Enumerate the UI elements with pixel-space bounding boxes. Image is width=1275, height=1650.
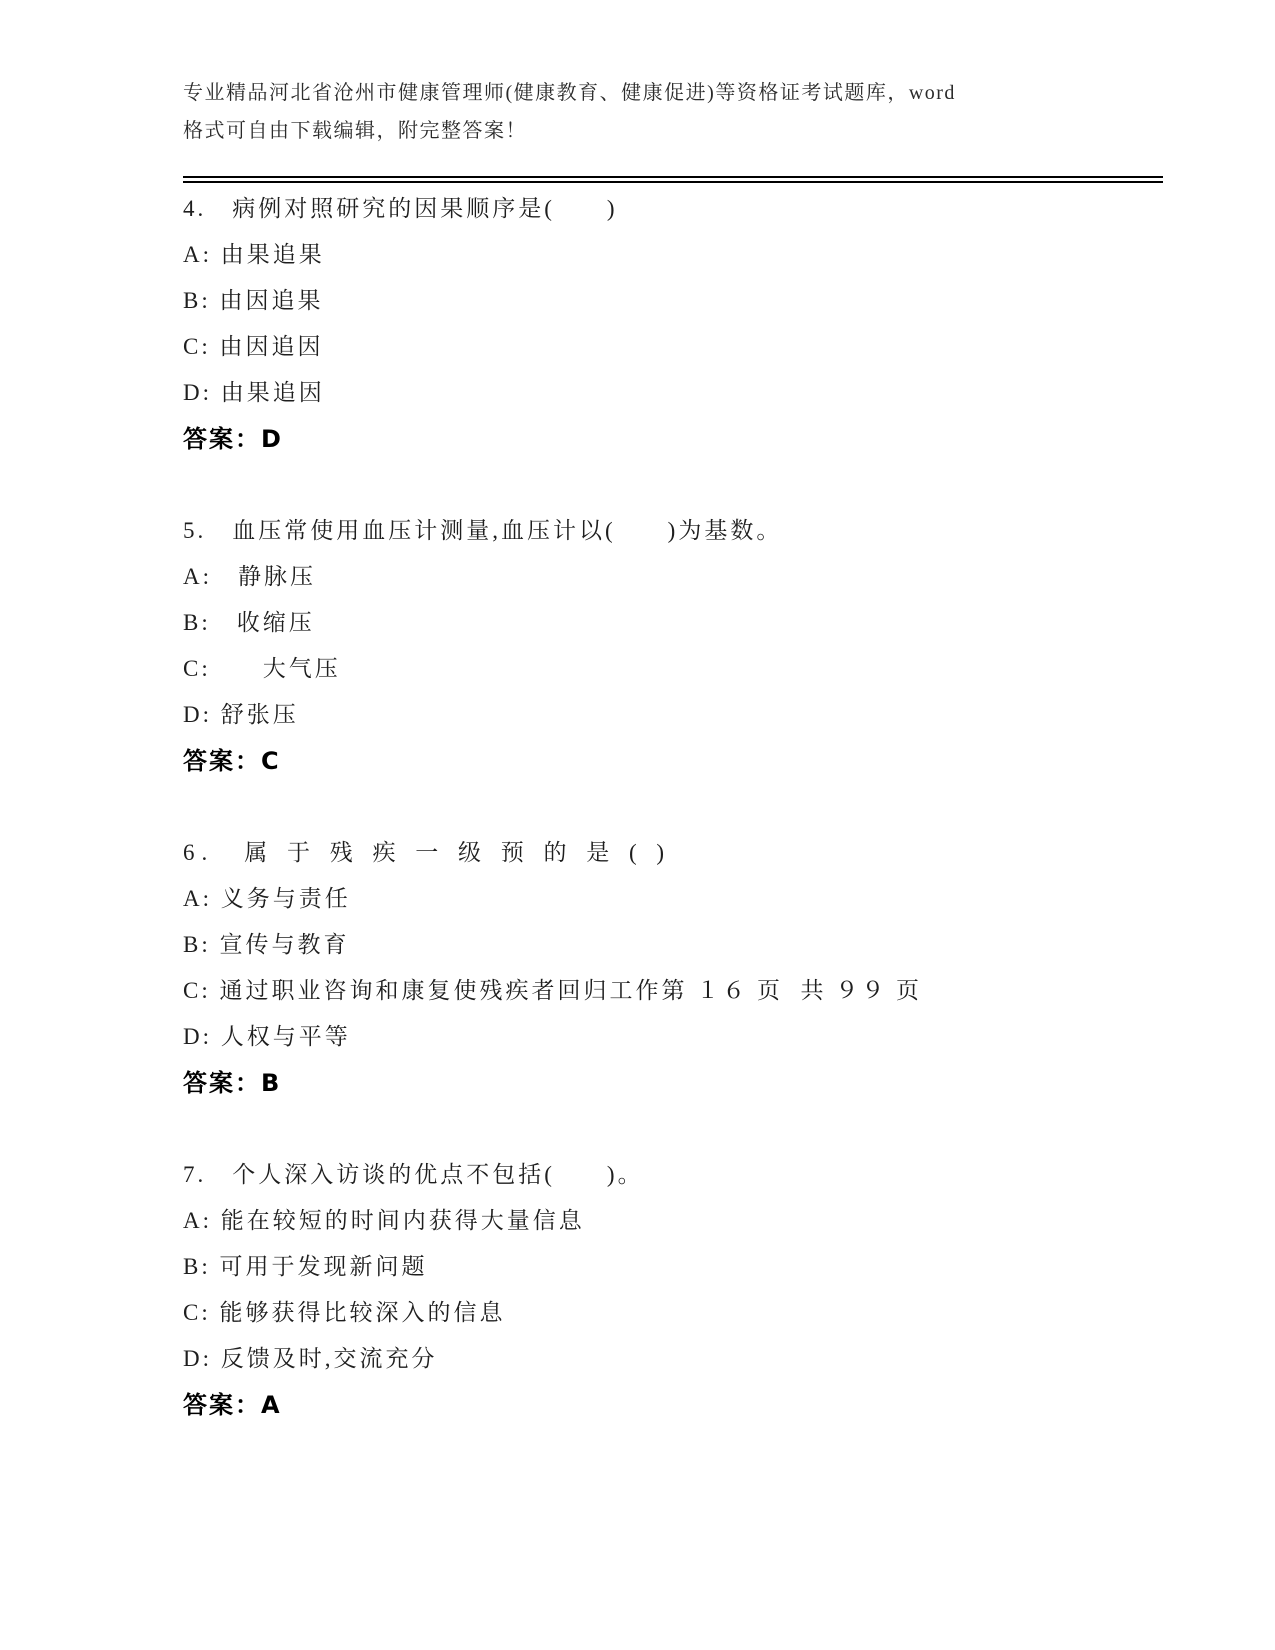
- answer-text: 答案：A: [183, 1382, 1163, 1428]
- option-b: B: 由因追果: [183, 278, 1163, 324]
- option-c: C: 大气压: [183, 646, 1163, 692]
- option-c: C: 能够获得比较深入的信息: [183, 1290, 1163, 1336]
- question-block-6: 6. 属 于 残 疾 一 级 预 的 是 ( ) A: 义务与责任 B: 宣传与…: [183, 830, 1163, 1106]
- option-d: D: 人权与平等: [183, 1014, 1163, 1060]
- question-text: 4. 病例对照研究的因果顺序是( ): [183, 186, 1163, 232]
- header-note-line-2: 格式可自由下载编辑，附完整答案！: [183, 112, 1163, 150]
- option-b: B: 收缩压: [183, 600, 1163, 646]
- question-list: 4. 病例对照研究的因果顺序是( ) A: 由果追果 B: 由因追果 C: 由因…: [183, 183, 1163, 1428]
- option-b: B: 可用于发现新问题: [183, 1244, 1163, 1290]
- question-block-7: 7. 个人深入访谈的优点不包括( )。 A: 能在较短的时间内获得大量信息 B:…: [183, 1152, 1163, 1428]
- question-block-4: 4. 病例对照研究的因果顺序是( ) A: 由果追果 B: 由因追果 C: 由因…: [183, 186, 1163, 462]
- header-note: 专业精品河北省沧州市健康管理师(健康教育、健康促进)等资格证考试题库，word …: [183, 0, 1163, 150]
- option-a: A: 静脉压: [183, 554, 1163, 600]
- question-text: 6. 属 于 残 疾 一 级 预 的 是 ( ): [183, 830, 1163, 876]
- question-text: 5. 血压常使用血压计测量,血压计以( )为基数。: [183, 508, 1163, 554]
- option-a: A: 能在较短的时间内获得大量信息: [183, 1198, 1163, 1244]
- option-c: C: 由因追因: [183, 324, 1163, 370]
- document-content: 专业精品河北省沧州市健康管理师(健康教育、健康促进)等资格证考试题库，word …: [183, 0, 1163, 1428]
- option-b: B: 宣传与教育: [183, 922, 1163, 968]
- question-block-5: 5. 血压常使用血压计测量,血压计以( )为基数。 A: 静脉压 B: 收缩压 …: [183, 508, 1163, 784]
- answer-text: 答案：C: [183, 738, 1163, 784]
- question-text: 7. 个人深入访谈的优点不包括( )。: [183, 1152, 1163, 1198]
- answer-text: 答案：B: [183, 1060, 1163, 1106]
- option-a: A: 由果追果: [183, 232, 1163, 278]
- option-a: A: 义务与责任: [183, 876, 1163, 922]
- option-c: C: 通过职业咨询和康复使残疾者回归工作第 １６ 页 共 ９９ 页: [183, 968, 1163, 1014]
- option-d: D: 舒张压: [183, 692, 1163, 738]
- header-note-line-1: 专业精品河北省沧州市健康管理师(健康教育、健康促进)等资格证考试题库，word: [183, 74, 1163, 112]
- answer-text: 答案：D: [183, 416, 1163, 462]
- document-page: 专业精品河北省沧州市健康管理师(健康教育、健康促进)等资格证考试题库，word …: [0, 0, 1275, 1650]
- header-divider: [183, 176, 1163, 183]
- option-d: D: 由果追因: [183, 370, 1163, 416]
- option-d: D: 反馈及时,交流充分: [183, 1336, 1163, 1382]
